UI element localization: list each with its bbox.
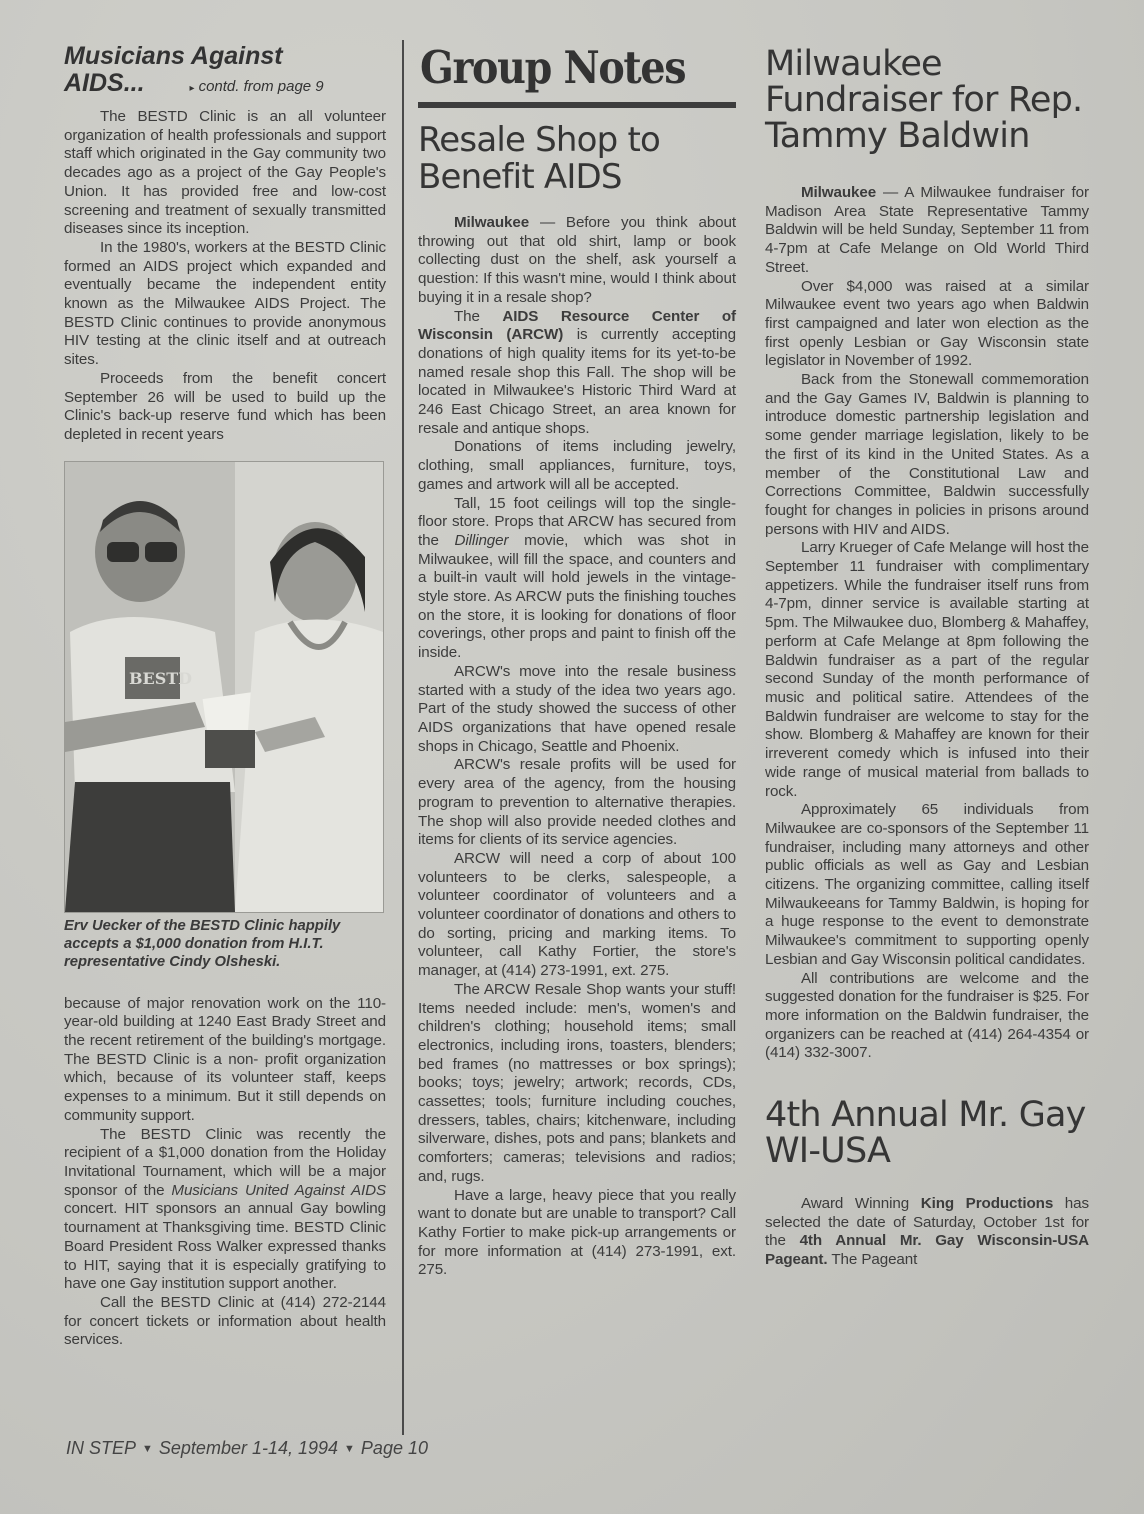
paragraph: Have a large, heavy piece that you reall… bbox=[418, 1187, 736, 1281]
paragraph: Milwaukee — Before you think about throw… bbox=[418, 214, 736, 308]
paragraph: Award Winning King Productions has selec… bbox=[765, 1195, 1089, 1270]
paragraph: Over $4,000 was raised at a similar Milw… bbox=[765, 278, 1089, 372]
paragraph: Call the BESTD Clinic at (414) 272-2144 … bbox=[64, 1294, 386, 1350]
paragraph: All contributions are welcome and the su… bbox=[765, 970, 1089, 1064]
right-column: Milwaukee Fundraiser for Rep. Tammy Bald… bbox=[765, 40, 1089, 1270]
paragraph: The BESTD Clinic is an all volunteer org… bbox=[64, 108, 386, 239]
resale-shop-headline: Resale Shop to Benefit AIDS bbox=[418, 122, 736, 196]
paragraph: Proceeds from the benefit concert Septem… bbox=[64, 370, 386, 445]
paragraph: Tall, 15 foot ceilings will top the sing… bbox=[418, 495, 736, 663]
arrow-right-icon: ▸ bbox=[190, 83, 195, 94]
mr-gay-headline: 4th Annual Mr. Gay WI-USA bbox=[765, 1097, 1089, 1169]
donation-photo: BESTD bbox=[64, 461, 384, 913]
paragraph: Larry Krueger of Cafe Melange will host … bbox=[765, 539, 1089, 801]
newspaper-page: Musicians Against AIDS... ▸contd. from p… bbox=[0, 0, 1144, 1514]
section-title: Group Notes bbox=[420, 42, 698, 94]
issue-date: September 1-14, 1994 bbox=[159, 1438, 338, 1458]
paragraph: Milwaukee — A Milwaukee fundraiser for M… bbox=[765, 184, 1089, 278]
continued-from-note: ▸contd. from page 9 bbox=[190, 78, 324, 95]
section-rule bbox=[418, 102, 736, 108]
paragraph: Approximately 65 individuals from Milwau… bbox=[765, 801, 1089, 969]
paragraph: because of major renovation work on the … bbox=[64, 995, 386, 1126]
triangle-down-icon: ▼ bbox=[142, 1443, 153, 1455]
baldwin-headline: Milwaukee Fundraiser for Rep. Tammy Bald… bbox=[765, 46, 1089, 154]
photo-caption: Erv Uecker of the BESTD Clinic happily a… bbox=[64, 917, 386, 971]
middle-column: Group Notes Resale Shop to Benefit AIDS … bbox=[418, 40, 736, 1280]
triangle-down-icon: ▼ bbox=[344, 1443, 355, 1455]
paragraph: ARCW will need a corp of about 100 volun… bbox=[418, 850, 736, 981]
paragraph: In the 1980's, workers at the BESTD Clin… bbox=[64, 239, 386, 370]
paragraph: The ARCW Resale Shop wants your stuff! I… bbox=[418, 981, 736, 1187]
musicians-headline: Musicians Against AIDS... ▸contd. from p… bbox=[64, 43, 386, 102]
column-divider bbox=[402, 40, 404, 1435]
paragraph: The BESTD Clinic was recently the recipi… bbox=[64, 1126, 386, 1294]
paragraph: ARCW's move into the resale business sta… bbox=[418, 663, 736, 757]
page-number: Page 10 bbox=[361, 1438, 428, 1458]
paragraph: Donations of items including jewelry, cl… bbox=[418, 438, 736, 494]
publication-name: IN STEP bbox=[66, 1438, 136, 1458]
page-footer: IN STEP▼September 1-14, 1994▼Page 10 bbox=[66, 1438, 428, 1459]
svg-text:BESTD: BESTD bbox=[129, 669, 192, 688]
paragraph: ARCW's resale profits will be used for e… bbox=[418, 756, 736, 850]
left-column: Musicians Against AIDS... ▸contd. from p… bbox=[64, 40, 386, 1350]
paragraph: Back from the Stonewall commemoration an… bbox=[765, 371, 1089, 539]
paragraph: The AIDS Resource Center of Wisconsin (A… bbox=[418, 308, 736, 439]
